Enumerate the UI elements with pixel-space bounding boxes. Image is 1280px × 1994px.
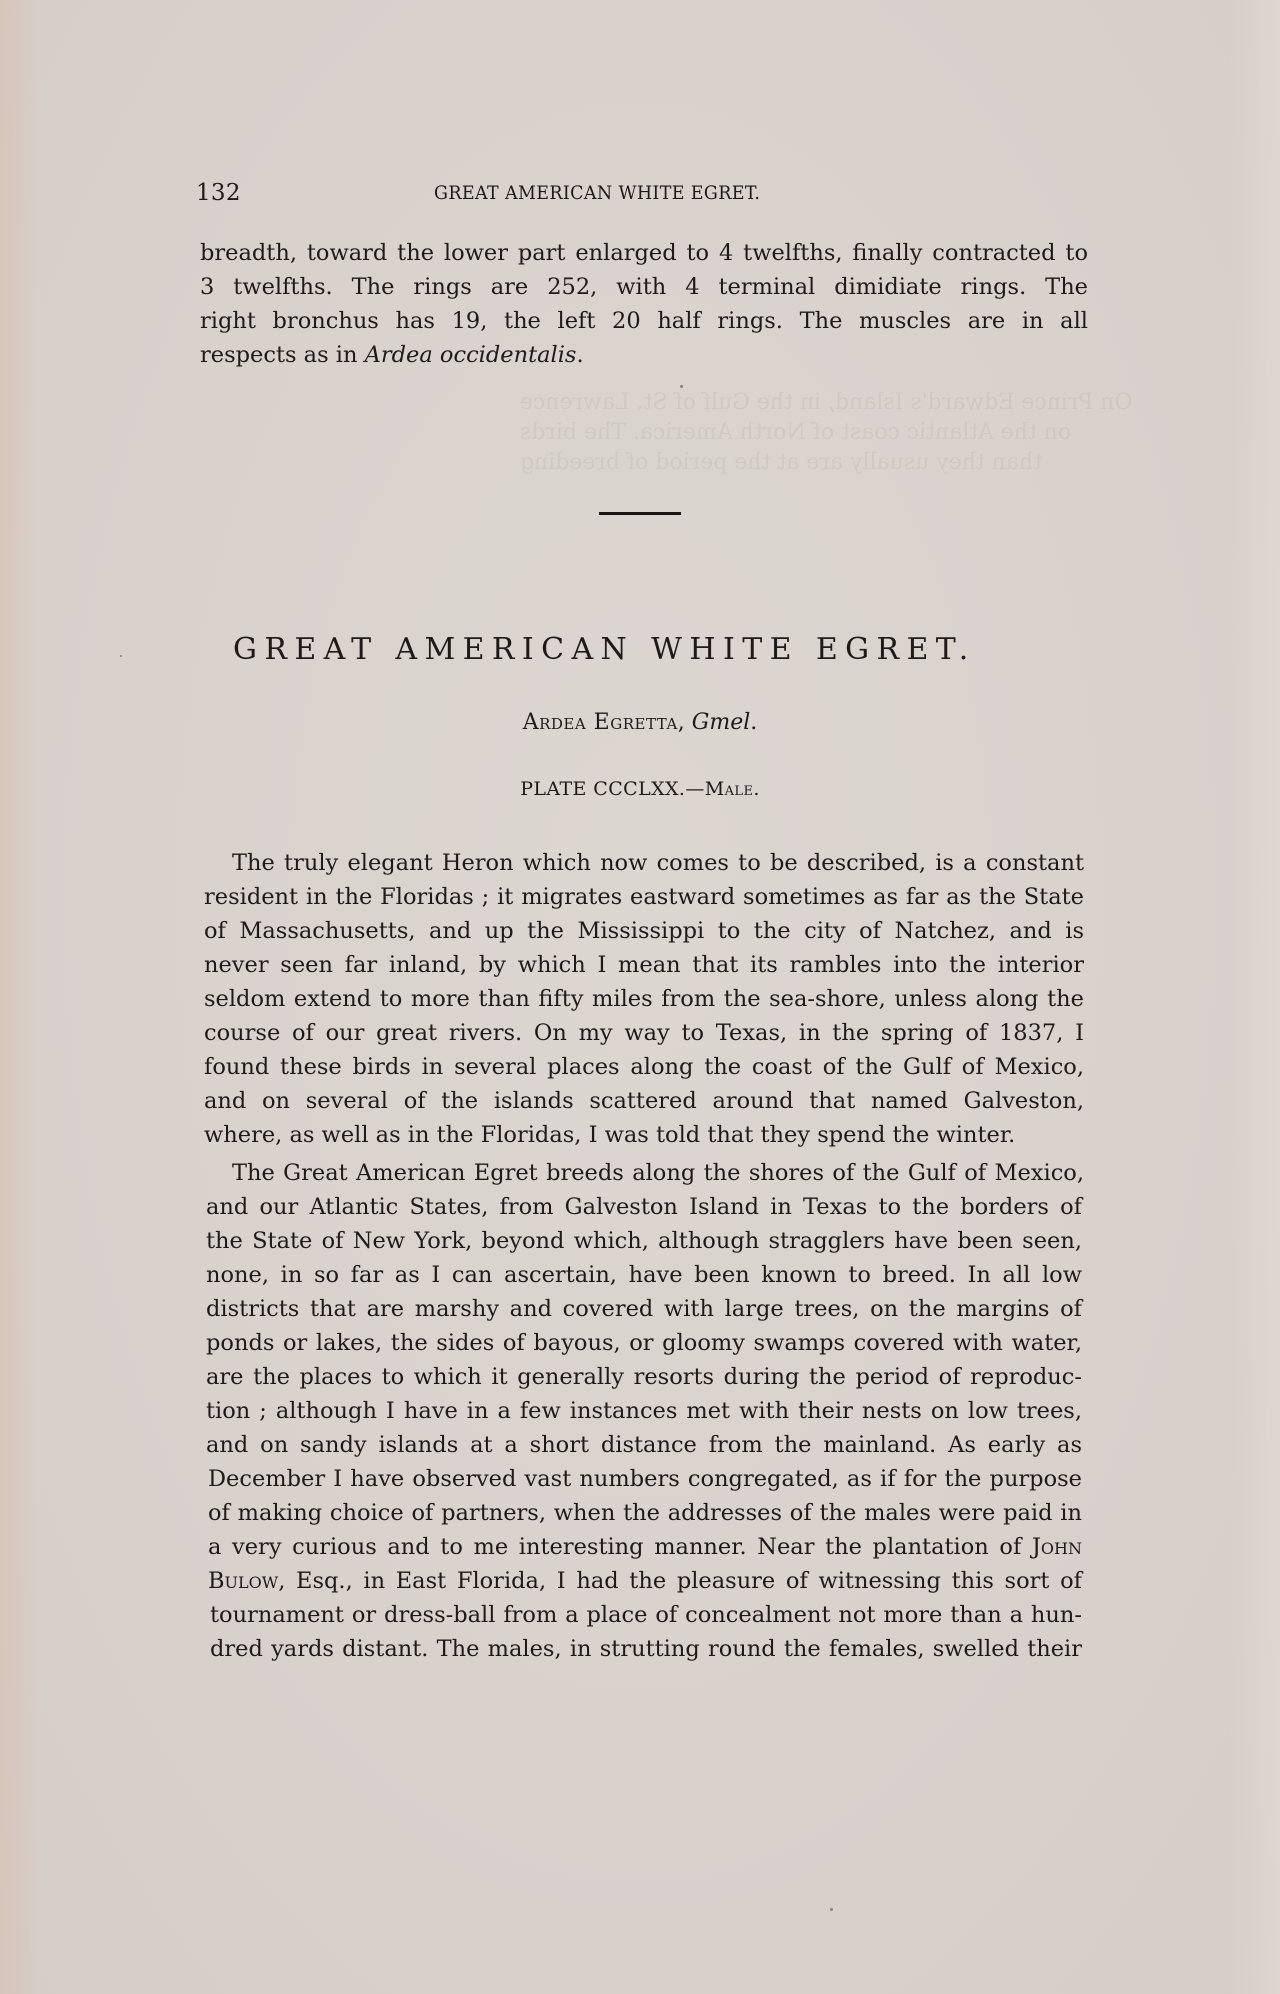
text-line: where, as well as in the Floridas, I was… (204, 1120, 1015, 1150)
text-line: The Great American Egret breeds along th… (232, 1158, 1084, 1188)
person-name: John (1032, 1534, 1082, 1560)
bleed-through-text: On Prince Edward's Island, in the Gulf o… (520, 390, 1132, 415)
text-line: 3 twelfths. The rings are 252, with 4 te… (200, 272, 1088, 302)
text-span: , Esq., in East Florida, I had the pleas… (278, 1568, 1082, 1594)
species-name-italic: Ardea occidentalis (365, 342, 577, 368)
text-line: found these birds in several places alon… (204, 1052, 1084, 1082)
text-line: the State of New York, beyond which, alt… (206, 1226, 1082, 1256)
text-line: and on sandy islands at a short distance… (206, 1430, 1082, 1460)
paper-speck (830, 1908, 833, 1911)
text-line: a very curious and to me interesting man… (208, 1532, 1082, 1562)
book-page: On Prince Edward's Island, in the Gulf o… (0, 0, 1280, 1994)
text-line: breadth, toward the lower part enlarged … (200, 238, 1088, 268)
text-line: dred yards distant. The males, in strutt… (210, 1634, 1082, 1664)
text-span: respects as in (200, 342, 365, 368)
text-span: a very curious and to me interesting man… (208, 1534, 1032, 1560)
text-line: districts that are marshy and covered wi… (206, 1294, 1082, 1324)
text-span: . (750, 710, 757, 735)
person-name: Bulow (208, 1568, 278, 1594)
section-separator-rule (599, 512, 681, 515)
text-line: resident in the Floridas ; it migrates e… (204, 882, 1084, 912)
text-line: respects as in Ardea occidentalis. (200, 340, 584, 370)
text-line: right bronchus has 19, the left 20 half … (200, 306, 1088, 336)
text-line: and our Atlantic States, from Galveston … (206, 1192, 1082, 1222)
text-line: and on several of the islands scattered … (204, 1086, 1084, 1116)
paper-speck (680, 385, 683, 388)
text-line: tournament or dress-ball from a place of… (210, 1600, 1082, 1630)
text-span: . (576, 342, 583, 368)
text-line: none, in so far as I can ascertain, have… (206, 1260, 1082, 1290)
text-line: of Massachusetts, and up the Mississippi… (204, 916, 1084, 946)
text-line: seldom extend to more than fifty miles f… (204, 984, 1084, 1014)
running-head: 132 GREAT AMERICAN WHITE EGRET. (196, 180, 1086, 212)
text-line: The truly elegant Heron which now comes … (232, 848, 1084, 878)
text-span: . (753, 778, 759, 800)
text-line: December I have observed vast numbers co… (208, 1464, 1082, 1494)
plate-number: PLATE CCCLXX.— (520, 778, 705, 800)
text-line: tion ; although I have in a few instance… (206, 1396, 1082, 1426)
latin-binomial: Ardea Egretta (523, 710, 678, 735)
latin-name: Ardea Egretta, Gmel. (0, 710, 1280, 735)
bleed-through-text: on the Atlantic coast of North America. … (520, 420, 1071, 445)
running-title: GREAT AMERICAN WHITE EGRET. (434, 182, 760, 204)
text-span: , (678, 710, 692, 735)
plate-sex: Male (705, 778, 754, 800)
article-title: GREAT AMERICAN WHITE EGRET. (233, 632, 1053, 667)
paper-speck (120, 655, 122, 657)
text-line: of making choice of partners, when the a… (208, 1498, 1082, 1528)
text-line: course of our great rivers. On my way to… (204, 1018, 1084, 1048)
text-line: never seen far inland, by which I mean t… (204, 950, 1084, 980)
latin-authority: Gmel (692, 710, 751, 735)
page-number: 132 (196, 180, 241, 206)
text-line: ponds or lakes, the sides of bayous, or … (206, 1328, 1082, 1358)
text-line: Bulow, Esq., in East Florida, I had the … (208, 1566, 1082, 1596)
bleed-through-text: than they usually are at the period of b… (520, 450, 1042, 475)
text-line: are the places to which it generally res… (206, 1362, 1082, 1392)
plate-reference: PLATE CCCLXX.—Male. (0, 778, 1280, 800)
